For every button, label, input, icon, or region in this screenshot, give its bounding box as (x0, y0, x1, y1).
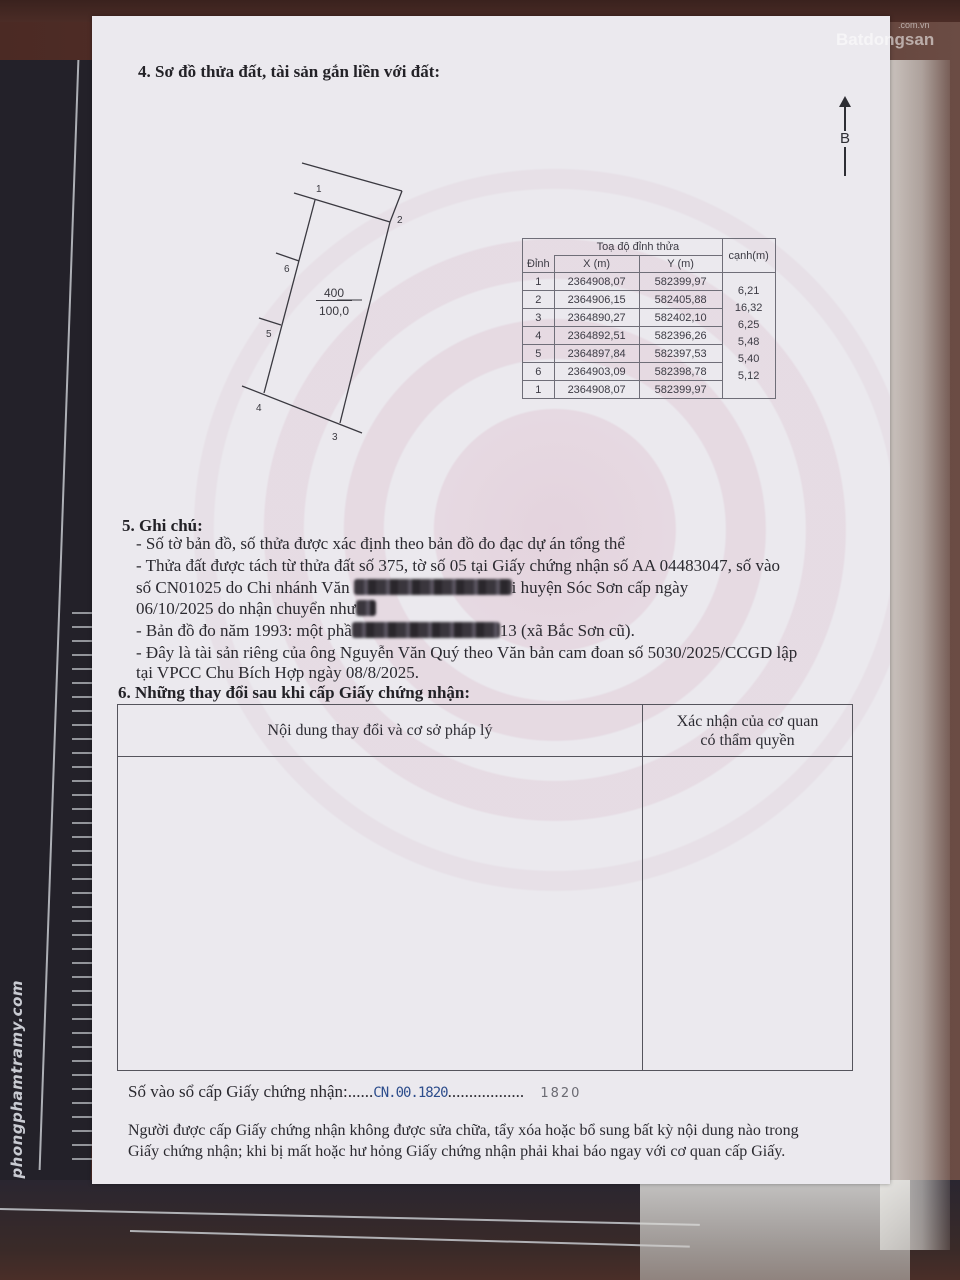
note-line: số CN01025 do Chi nhánh Văni huyện Sóc S… (136, 578, 688, 598)
coord-table-header-y: Y (m) (639, 256, 722, 273)
coord-table-row: 12364908,07582399,976,2116,326,255,485,4… (523, 273, 776, 291)
plastic-cover-right (880, 60, 950, 1250)
redacted-text (352, 622, 500, 638)
footer-warning-line2: Giấy chứng nhận; khi bị mất hoặc hư hỏng… (128, 1141, 799, 1162)
edge-length: 5,48 (723, 334, 775, 351)
redacted-text (356, 600, 376, 616)
coord-y: 582399,97 (639, 273, 722, 291)
note-text: 13 (xã Bắc Sơn cũ). (500, 621, 635, 640)
issue-register-handwritten-extra: 1820 (540, 1086, 581, 1101)
issue-register-line: Số vào sổ cấp Giấy chứng nhận:......CN.0… (128, 1082, 581, 1102)
vertex-label: 3 (332, 432, 338, 443)
site-watermark-domain: .com.vn (898, 20, 930, 30)
vertex-label: 5 (266, 329, 272, 340)
note-text: - Bản đồ đo năm 1993: một phầ (136, 621, 352, 640)
coord-vertex: 2 (523, 291, 555, 309)
changes-confirm-cell (643, 757, 853, 1071)
confirm-header-line1: Xác nhận của cơ quan (677, 713, 819, 730)
coord-vertex: 3 (523, 309, 555, 327)
section-5-title: 5. Ghi chú: (122, 516, 203, 536)
coord-vertex: 1 (523, 273, 555, 291)
coord-vertex: 6 (523, 363, 555, 381)
coord-vertex: 4 (523, 327, 555, 345)
vertex-label: 2 (397, 215, 403, 226)
vertex-label: 4 (256, 403, 262, 414)
coord-table-blank-corner (523, 239, 555, 256)
north-label: B (840, 131, 850, 147)
vertex-label: 1 (316, 184, 322, 195)
coord-x: 2364908,07 (554, 381, 639, 399)
edge-length: 6,25 (723, 317, 775, 334)
coord-table-group-header: Toạ độ đỉnh thửa (554, 239, 722, 256)
note-line: - Bản đồ đo năm 1993: một phầ13 (xã Bắc … (136, 621, 635, 641)
changes-col-content-header: Nội dung thay đổi và cơ sở pháp lý (118, 705, 643, 757)
coord-table-header-x: X (m) (554, 256, 639, 273)
edge-length: 5,40 (723, 351, 775, 368)
changes-col-confirm-header: Xác nhận của cơ quan có thẩm quyền (643, 705, 853, 757)
coord-vertex: 5 (523, 345, 555, 363)
issue-register-label: Số vào sổ cấp Giấy chứng nhận:...... (128, 1082, 373, 1101)
coord-table-header-vertex: Đỉnh (523, 256, 555, 273)
coord-vertex: 1 (523, 381, 555, 399)
edge-length: 16,32 (723, 300, 775, 317)
edge-length: 6,21 (723, 283, 775, 300)
parcel-area: 100,0 (312, 304, 356, 318)
note-line: tại VPCC Chu Bích Hợp ngày 08/8/2025. (136, 663, 419, 683)
coord-table-header-edge: cạnh(m) (722, 239, 775, 273)
site-watermark: Batdongsan .com.vn (836, 30, 934, 50)
coord-x: 2364897,84 (554, 345, 639, 363)
note-line: 06/10/2025 do nhận chuyển như (136, 599, 376, 619)
coord-x: 2364903,09 (554, 363, 639, 381)
note-line: - Đây là tài sản riêng của ông Nguyễn Vă… (136, 643, 797, 663)
note-text: số CN01025 do Chi nhánh Văn (136, 578, 350, 597)
edge-length: 5,12 (723, 368, 775, 385)
coord-x: 2364908,07 (554, 273, 639, 291)
note-line: - Thửa đất được tách từ thửa đất số 375,… (136, 556, 780, 576)
coord-y: 582397,53 (639, 345, 722, 363)
section-6-title: 6. Những thay đổi sau khi cấp Giấy chứng… (118, 683, 470, 703)
sleeve-watermark: Vanphongphamtramy.com (8, 980, 26, 1211)
footer-warning: Người được cấp Giấy chứng nhận không đượ… (128, 1120, 799, 1162)
section-4-title: 4. Sơ đồ thửa đất, tài sản gắn liền với … (138, 62, 440, 82)
coord-edge-lengths: 6,2116,326,255,485,405,12 (722, 273, 775, 399)
parcel-number: 400 (316, 286, 352, 301)
coordinates-table: Toạ độ đỉnh thửa cạnh(m) Đỉnh X (m) Y (m… (522, 238, 776, 399)
confirm-header-line2: có thẩm quyền (700, 732, 794, 749)
changes-content-cell (118, 757, 643, 1071)
note-text: 06/10/2025 do nhận chuyển như (136, 599, 356, 618)
note-line: - Số tờ bản đồ, số thửa được xác định th… (136, 534, 625, 554)
coord-x: 2364890,27 (554, 309, 639, 327)
coord-y: 582399,97 (639, 381, 722, 399)
vertex-label: 6 (284, 264, 290, 275)
issue-register-handwritten: CN.00.1820 (373, 1085, 447, 1101)
coord-x: 2364906,15 (554, 291, 639, 309)
redacted-text (354, 579, 512, 595)
site-watermark-logo: Batdongsan (836, 30, 934, 49)
coord-y: 582398,78 (639, 363, 722, 381)
coord-y: 582396,26 (639, 327, 722, 345)
issue-register-dots: .................. (448, 1082, 525, 1101)
plastic-cover-bottom (640, 1180, 910, 1280)
coord-x: 2364892,51 (554, 327, 639, 345)
coord-y: 582405,88 (639, 291, 722, 309)
coord-y: 582402,10 (639, 309, 722, 327)
changes-table: Nội dung thay đổi và cơ sở pháp lý Xác n… (117, 704, 853, 1071)
footer-warning-line1: Người được cấp Giấy chứng nhận không đượ… (128, 1120, 799, 1141)
note-text: i huyện Sóc Sơn cấp ngày (512, 578, 689, 597)
